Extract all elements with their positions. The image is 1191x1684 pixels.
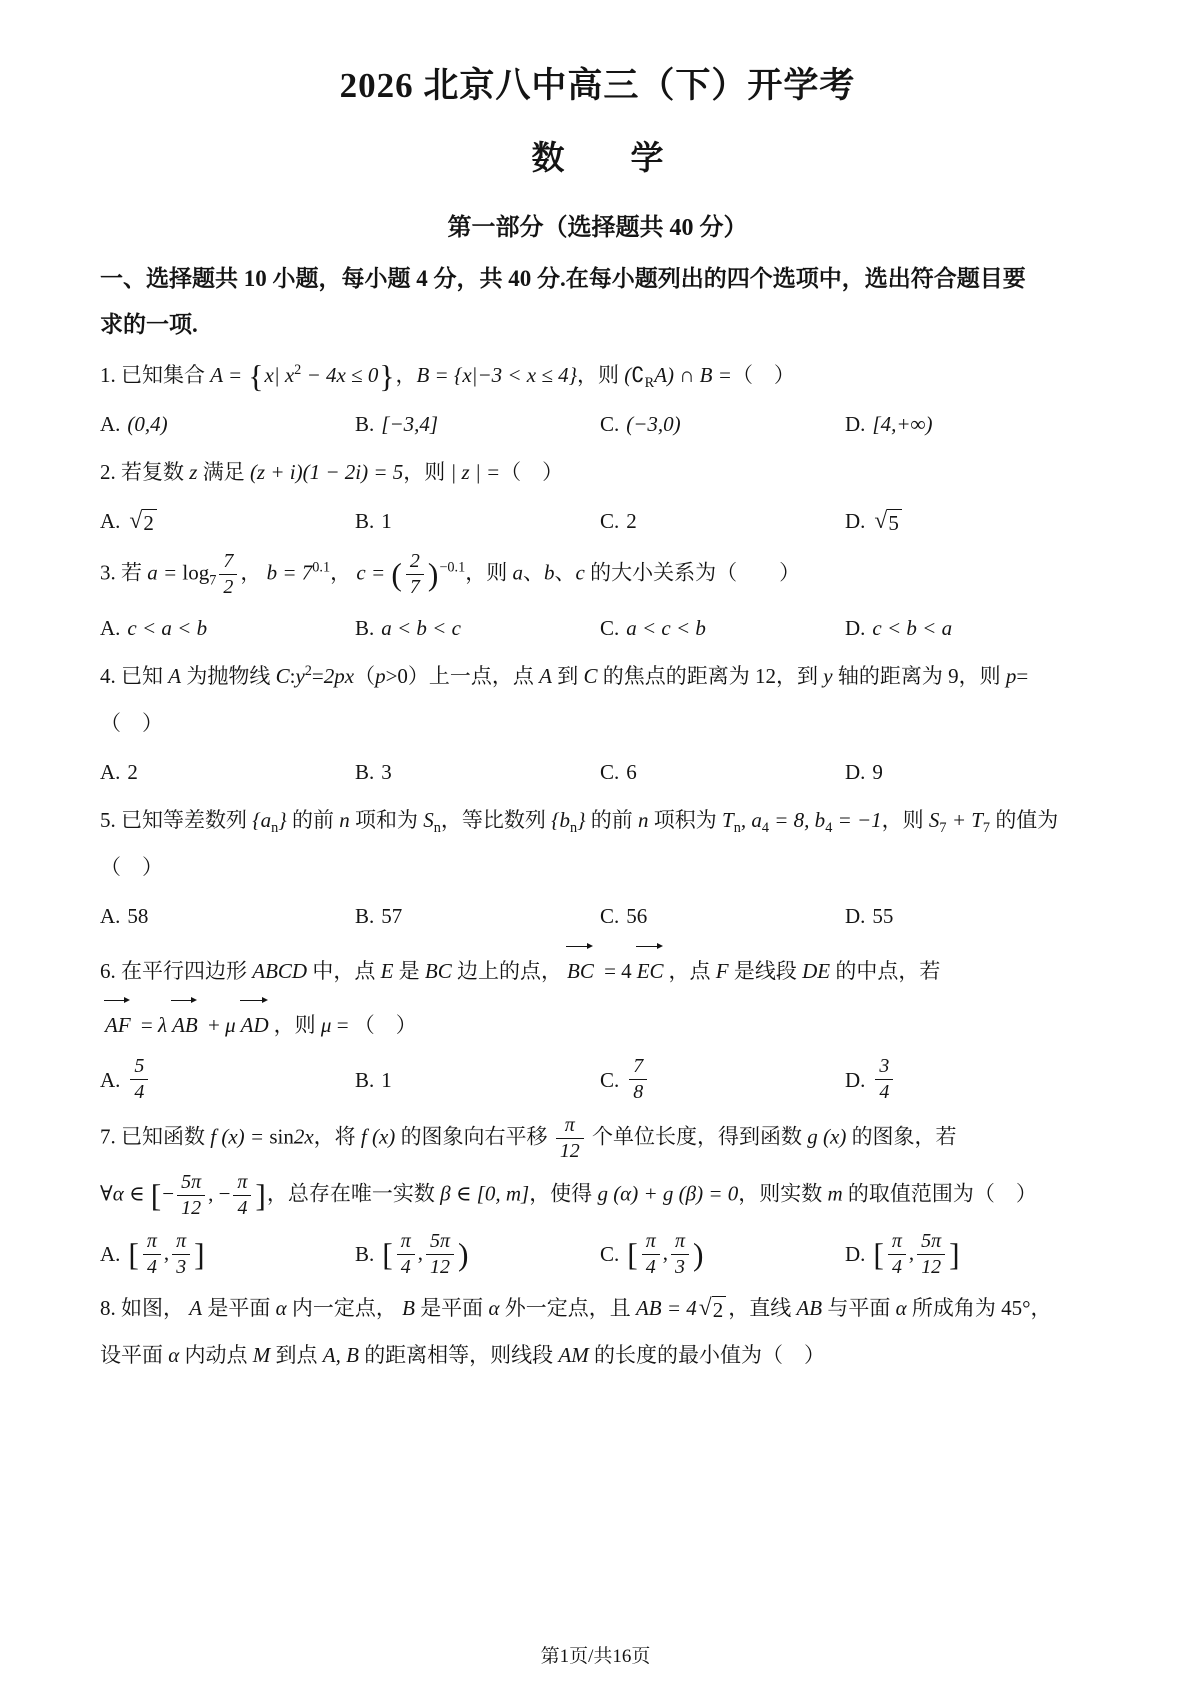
- delimiter: {: [248, 359, 263, 394]
- text-run: 5. 已知等差数列: [100, 808, 252, 832]
- option-3-a: A.c < a < b: [100, 607, 355, 649]
- option-value: 3: [381, 751, 392, 793]
- text-run: 的图象向右平移: [395, 1124, 553, 1148]
- math-roman-run: =: [312, 664, 324, 688]
- math-run: p: [375, 664, 386, 688]
- text-run: 内动点: [179, 1343, 253, 1367]
- fraction-denominator: 12: [177, 1196, 205, 1220]
- option-4-b: B.3: [355, 751, 600, 793]
- fraction-denominator: 8: [629, 1080, 647, 1104]
- option-7-c: C.[π4,π3): [600, 1228, 845, 1281]
- vector: AD: [239, 997, 271, 1047]
- question-4-options: A.2 B.3 C.6 D.9: [100, 751, 1095, 793]
- radicand: 2: [142, 509, 157, 536]
- question-7-text-line2: ∀α ∈ [−5π12, −π4]，总存在唯一实数 β ∈ [0, m]，使得 …: [100, 1169, 1095, 1222]
- math-run: α: [488, 1296, 499, 1320]
- text-run: 到: [552, 664, 584, 688]
- fraction-denominator: 4: [130, 1080, 148, 1104]
- option-label: C.: [600, 751, 619, 793]
- superscript: −0.1: [439, 559, 465, 575]
- text-run: 个单位长度，得到函数: [587, 1124, 808, 1148]
- math-roman-run: log: [182, 560, 209, 584]
- question-2-text: 2. 若复数 z 满足 (z + i)(1 − 2i) = 5，则 | z | …: [100, 451, 1095, 494]
- text-run: （ ）: [100, 855, 163, 879]
- option-label: C.: [600, 1059, 619, 1101]
- fraction: π4: [143, 1230, 161, 1279]
- math-run: n: [638, 808, 649, 832]
- math-run: T: [722, 808, 734, 832]
- math-run: a < b < c: [381, 616, 461, 640]
- option-5-c: C.56: [600, 895, 845, 937]
- option-4-a: A.2: [100, 751, 355, 793]
- question-1-text: 1. 已知集合 A = {x| x2 − 4x ≤ 0}，B = {x|−3 <…: [100, 354, 1095, 397]
- text-run: 是平面: [415, 1296, 489, 1320]
- math-run: c < a < b: [127, 616, 207, 640]
- option-label: A.: [100, 1059, 120, 1101]
- option-value: 55: [872, 895, 893, 937]
- math-roman-run: ∀: [100, 1181, 113, 1205]
- question-2: 2. 若复数 z 满足 (z + i)(1 − 2i) = 5，则 | z | …: [100, 451, 1095, 542]
- fraction-numerator: 5π: [917, 1230, 945, 1255]
- option-value: [π4,5π12): [381, 1228, 469, 1281]
- fraction: π4: [397, 1230, 415, 1279]
- fraction: 78: [629, 1055, 647, 1104]
- option-2-b: B.1: [355, 500, 600, 542]
- math-run: F: [716, 959, 729, 983]
- vector: BC: [565, 943, 596, 993]
- text-run: 内一定点，: [287, 1296, 403, 1320]
- math-roman-run: −: [162, 1181, 174, 1205]
- math-run: 2x: [294, 1124, 314, 1148]
- option-value: a < b < c: [381, 607, 461, 649]
- text-run: ，等比数列: [441, 808, 551, 832]
- text-run: 3. 若: [100, 560, 147, 584]
- math-run: }: [577, 808, 585, 832]
- math-roman-run: 58: [127, 904, 148, 928]
- math-run: , a: [741, 808, 762, 832]
- exam-page: 2026 北京八中高三（下）开学考 数 学 第一部分（选择题共 40 分） 一、…: [0, 0, 1191, 1377]
- option-value: [4,+∞): [872, 403, 932, 445]
- math-run: y: [295, 664, 304, 688]
- math-roman-run: 2: [127, 760, 138, 784]
- math-run: 2px: [324, 664, 354, 688]
- text-run: 1. 已知集合: [100, 363, 210, 387]
- delimiter: ): [428, 557, 439, 592]
- question-8: 8. 如图， A 是平面 α 内一定点， B 是平面 α 外一定点，且 AB =…: [100, 1287, 1095, 1377]
- fraction-numerator: π: [888, 1230, 906, 1255]
- fraction-numerator: 5π: [426, 1230, 454, 1255]
- option-value: (0,4): [127, 403, 167, 445]
- delimiter: [: [382, 1237, 393, 1272]
- fraction-denominator: 12: [917, 1255, 945, 1279]
- text-run: 设平面: [100, 1343, 168, 1367]
- math-roman-run: = 4: [599, 959, 632, 983]
- option-label: B.: [355, 895, 374, 937]
- fraction-denominator: 3: [671, 1255, 689, 1279]
- math-roman-run: ,: [909, 1240, 914, 1264]
- question-6-options: A.54 B.1 C.78 D.34: [100, 1053, 1095, 1106]
- option-label: A.: [100, 751, 120, 793]
- text-run: 外一定点，且: [499, 1296, 636, 1320]
- fraction: 5π12: [426, 1230, 454, 1279]
- delimiter: ): [693, 1237, 704, 1272]
- fraction-denominator: 4: [397, 1255, 415, 1279]
- math-run: (z + i)(1 − 2i) = 5: [250, 460, 403, 484]
- math-roman-run: 6: [626, 760, 637, 784]
- option-2-a: A.√2: [100, 500, 355, 542]
- question-6: 6. 在平行四边形 ABCD 中，点 E 是 BC 边上的点，BC = 4EC，…: [100, 943, 1095, 1106]
- fraction-numerator: 2: [406, 550, 424, 575]
- option-7-d: D.[π4,5π12]: [845, 1228, 1095, 1281]
- question-5-text: 5. 已知等差数列 {an} 的前 n 项和为 Sn，等比数列 {bn} 的前 …: [100, 799, 1095, 842]
- math-run: A: [539, 664, 552, 688]
- math-run: n: [339, 808, 350, 832]
- option-label: C.: [600, 1233, 619, 1275]
- question-6-text-line2: AF = λAB + μAD，则 μ = （ ）: [100, 997, 1095, 1047]
- option-label: B.: [355, 1059, 374, 1101]
- fraction: 5π12: [917, 1230, 945, 1279]
- question-7: 7. 已知函数 f (x) = sin2x，将 f (x) 的图象向右平移 π1…: [100, 1112, 1095, 1281]
- math-run: A) ∩ B =: [654, 363, 732, 387]
- option-label: C.: [600, 403, 619, 445]
- question-8-text-line2: 设平面 α 内动点 M 到点 A, B 的距离相等，则线段 AM 的长度的最小值…: [100, 1334, 1095, 1377]
- math-run: a: [513, 560, 524, 584]
- radical-sign-icon: √: [874, 509, 887, 534]
- math-roman-run: sin: [269, 1124, 294, 1148]
- option-4-d: D.9: [845, 751, 1095, 793]
- option-value: a < c < b: [626, 607, 706, 649]
- math-run: μ: [225, 1013, 236, 1037]
- text-run: ，则: [465, 560, 512, 584]
- delimiter: [: [151, 1178, 162, 1213]
- option-6-a: A.54: [100, 1053, 355, 1106]
- square-root: √2: [699, 1296, 726, 1323]
- text-run: ，则: [403, 460, 450, 484]
- question-8-text: 8. 如图， A 是平面 α 内一定点， B 是平面 α 外一定点，且 AB =…: [100, 1287, 1095, 1330]
- delimiter: ]: [194, 1237, 205, 1272]
- text-run: 的图象，若: [846, 1124, 956, 1148]
- option-1-a: A.(0,4): [100, 403, 355, 445]
- text-run: 是平面: [202, 1296, 276, 1320]
- math-run: S: [929, 808, 940, 832]
- delimiter: ): [458, 1237, 469, 1272]
- option-value: [−3,4]: [381, 403, 438, 445]
- question-7-text: 7. 已知函数 f (x) = sin2x，将 f (x) 的图象向右平移 π1…: [100, 1112, 1095, 1165]
- fraction-denominator: 12: [426, 1255, 454, 1279]
- option-value: 34: [872, 1053, 896, 1106]
- text-run: 项和为: [350, 808, 424, 832]
- math-roman-run: 9: [872, 760, 883, 784]
- option-1-d: D.[4,+∞): [845, 403, 1095, 445]
- fraction: π4: [233, 1171, 251, 1220]
- text-run: （: [354, 664, 375, 688]
- fraction-numerator: π: [671, 1230, 689, 1255]
- option-label: A.: [100, 1233, 120, 1275]
- text-run: 的长度的最小值为（ ）: [589, 1343, 825, 1367]
- math-run: = −1: [832, 808, 881, 832]
- text-run: 满足: [197, 460, 250, 484]
- text-run: 项积为: [649, 808, 723, 832]
- fraction-numerator: π: [233, 1171, 251, 1196]
- math-run: ABCD: [252, 959, 307, 983]
- option-label: D.: [845, 1059, 865, 1101]
- option-label: D.: [845, 1233, 865, 1275]
- math-run: c: [576, 560, 585, 584]
- option-7-b: B.[π4,5π12): [355, 1228, 600, 1281]
- text-run: ，: [240, 560, 266, 584]
- text-run: ，: [395, 363, 416, 387]
- option-label: B.: [355, 1233, 374, 1275]
- fraction-denominator: 4: [888, 1255, 906, 1279]
- part-one-heading: 第一部分（选择题共 40 分）: [100, 207, 1095, 242]
- text-run: 的前: [287, 808, 340, 832]
- math-run: S: [423, 808, 434, 832]
- superscript: 0.1: [312, 559, 330, 575]
- text-run: ，则: [274, 1013, 321, 1037]
- exam-title: 2026 北京八中高三（下）开学考: [100, 58, 1095, 108]
- text-run: ，总存在唯一实数: [267, 1181, 440, 1205]
- text-run: 、: [523, 560, 544, 584]
- fraction-numerator: π: [556, 1114, 584, 1139]
- option-3-b: B.a < b < c: [355, 607, 600, 649]
- fraction-denominator: 3: [172, 1255, 190, 1279]
- square-root: √5: [874, 509, 901, 536]
- math-roman-run: ,: [418, 1240, 423, 1264]
- math-run: C: [276, 664, 290, 688]
- option-label: A.: [100, 895, 120, 937]
- radicand: 2: [712, 1296, 727, 1323]
- fraction-denominator: 2: [219, 575, 237, 599]
- math-run: μ: [321, 1013, 332, 1037]
- text-run: ，将: [314, 1124, 361, 1148]
- option-3-d: D.c < b < a: [845, 607, 1095, 649]
- option-3-c: C.a < c < b: [600, 607, 845, 649]
- option-label: B.: [355, 500, 374, 542]
- text-run: 4. 已知: [100, 664, 168, 688]
- option-label: D.: [845, 607, 865, 649]
- question-7-options: A.[π4,π3] B.[π4,5π12) C.[π4,π3) D.[π4,5π…: [100, 1228, 1095, 1281]
- math-run: + T: [947, 808, 983, 832]
- superscript: 2: [305, 663, 312, 679]
- math-roman-run: 3: [381, 760, 392, 784]
- option-value: 54: [127, 1053, 151, 1106]
- fraction: π4: [888, 1230, 906, 1279]
- math-run: β ∈ [0, m]: [440, 1181, 529, 1205]
- math-run: A =: [210, 363, 247, 387]
- option-1-c: C.(−3,0): [600, 403, 845, 445]
- fraction: π12: [556, 1114, 584, 1163]
- math-roman-run: =: [1016, 664, 1028, 688]
- math-run: α ∈: [113, 1181, 150, 1205]
- text-run: 的取值范围为（ ）: [843, 1181, 1037, 1205]
- math-run: − 4x ≤ 0: [301, 363, 378, 387]
- math-roman-run: 57: [381, 904, 402, 928]
- math-run: c < b < a: [872, 616, 952, 640]
- option-value: (−3,0): [626, 403, 680, 445]
- vector: AB: [170, 997, 200, 1047]
- fraction: 34: [875, 1055, 893, 1104]
- vector: EC: [635, 943, 666, 993]
- math-run: {b: [551, 808, 570, 832]
- math-run: m: [827, 1181, 842, 1205]
- delimiter: [: [627, 1237, 638, 1272]
- question-2-options: A.√2 B.1 C.2 D.√5: [100, 500, 1095, 542]
- option-value: √2: [127, 500, 158, 542]
- math-run: | z | =: [451, 460, 501, 484]
- option-value: [π4,π3]: [127, 1228, 205, 1281]
- math-run: f (x): [361, 1124, 395, 1148]
- math-run: B = {x|−3 < x ≤ 4}: [416, 363, 577, 387]
- text-run: 是线段: [729, 959, 803, 983]
- math-run: C: [584, 664, 598, 688]
- math-roman-run: =: [136, 1013, 158, 1037]
- text-run: ，则实数: [738, 1181, 827, 1205]
- math-roman-run: 56: [626, 904, 647, 928]
- question-5: 5. 已知等差数列 {an} 的前 n 项和为 Sn，等比数列 {bn} 的前 …: [100, 799, 1095, 937]
- option-label: D.: [845, 751, 865, 793]
- text-run: ，使得: [529, 1181, 597, 1205]
- fraction-numerator: π: [642, 1230, 660, 1255]
- math-run: AB = 4: [636, 1296, 697, 1320]
- option-value: 56: [626, 895, 647, 937]
- subscript: n: [434, 820, 441, 836]
- subject-title: 数 学: [100, 132, 1095, 179]
- subscript: R: [645, 375, 655, 391]
- text-run: ，点: [669, 959, 716, 983]
- fraction-denominator: 4: [233, 1196, 251, 1220]
- delimiter: ]: [255, 1178, 266, 1213]
- text-run: 、: [555, 560, 576, 584]
- fraction-numerator: π: [397, 1230, 415, 1255]
- option-label: C.: [600, 895, 619, 937]
- text-run: 6. 在平行四边形: [100, 959, 252, 983]
- fraction: 5π12: [177, 1171, 205, 1220]
- text-run: 轴的距离为 9，则: [833, 664, 1006, 688]
- delimiter: (: [391, 557, 402, 592]
- text-run: 所成角为 45°，: [907, 1296, 1052, 1320]
- fraction: π4: [642, 1230, 660, 1279]
- math-run: BC: [425, 959, 452, 983]
- question-1: 1. 已知集合 A = {x| x2 − 4x ≤ 0}，B = {x|−3 <…: [100, 354, 1095, 445]
- option-label: C.: [600, 500, 619, 542]
- fraction-numerator: 7: [219, 550, 237, 575]
- question-4: 4. 已知 A 为抛物线 C:y2=2px（p>0）上一点，点 A 到 C 的焦…: [100, 655, 1095, 793]
- question-5-answer-blank: （ ）: [100, 846, 1095, 889]
- subscript: n: [734, 820, 741, 836]
- subscript: 7: [209, 573, 216, 589]
- subscript: 7: [939, 820, 946, 836]
- text-run: ）上一点，点: [408, 664, 539, 688]
- question-3: 3. 若 a = log772， b = 70.1， c = (27)−0.1，…: [100, 548, 1095, 649]
- fraction-numerator: 7: [629, 1055, 647, 1080]
- math-roman-run: 2: [626, 509, 637, 533]
- fraction: 72: [219, 550, 237, 599]
- math-roman-run: 55: [872, 904, 893, 928]
- radical-sign-icon: √: [699, 1296, 712, 1321]
- fraction-numerator: π: [172, 1230, 190, 1255]
- option-value: 1: [381, 500, 392, 542]
- delimiter: [: [128, 1237, 139, 1272]
- option-value: √5: [872, 500, 903, 542]
- text-run: （ ）: [354, 1013, 417, 1037]
- math-run: AB: [796, 1296, 822, 1320]
- text-run: 边上的点，: [452, 959, 562, 983]
- math-roman-run: >0: [386, 664, 408, 688]
- subscript: 7: [983, 820, 990, 836]
- radicand: 5: [887, 509, 902, 536]
- vector: AF: [103, 997, 133, 1047]
- option-1-b: B.[−3,4]: [355, 403, 600, 445]
- math-run: (−3,0): [626, 412, 680, 436]
- option-label: A.: [100, 607, 120, 649]
- text-run: 为抛物线: [181, 664, 276, 688]
- square-root: √2: [129, 509, 156, 536]
- math-roman-run: ∁: [631, 363, 644, 387]
- text-run: ，则: [577, 363, 624, 387]
- option-value: 9: [872, 751, 883, 793]
- math-run: }: [278, 808, 286, 832]
- text-run: （ ）: [100, 711, 163, 735]
- question-3-options: A.c < a < b B.a < b < c C.a < c < b D.c …: [100, 607, 1095, 649]
- math-roman-run: +: [203, 1013, 225, 1037]
- math-run: α: [168, 1343, 179, 1367]
- math-run: x| x: [265, 363, 295, 387]
- option-6-c: C.78: [600, 1053, 845, 1106]
- math-run: g (x): [807, 1124, 846, 1148]
- option-label: B.: [355, 403, 374, 445]
- text-run: （ ）: [732, 363, 795, 387]
- text-run: 的值为: [990, 808, 1058, 832]
- text-run: ，则: [882, 808, 929, 832]
- math-run: f (x) =: [210, 1124, 269, 1148]
- option-6-d: D.34: [845, 1053, 1095, 1106]
- text-run: 的前: [586, 808, 639, 832]
- math-run: α: [276, 1296, 287, 1320]
- fraction-denominator: 4: [875, 1080, 893, 1104]
- math-run: M: [253, 1343, 271, 1367]
- math-run: [−3,4]: [381, 412, 438, 436]
- delimiter: }: [379, 359, 394, 394]
- option-2-c: C.2: [600, 500, 845, 542]
- option-value: c < b < a: [872, 607, 952, 649]
- option-5-d: D.55: [845, 895, 1095, 937]
- option-value: 57: [381, 895, 402, 937]
- math-run: A: [189, 1296, 202, 1320]
- option-value: 78: [626, 1053, 650, 1106]
- fraction-numerator: π: [143, 1230, 161, 1255]
- fraction: π3: [172, 1230, 190, 1279]
- math-run: a =: [147, 560, 182, 584]
- math-run: {a: [252, 808, 271, 832]
- math-run: B: [402, 1296, 415, 1320]
- option-label: A.: [100, 403, 120, 445]
- math-run: A: [168, 664, 181, 688]
- text-run: 到点: [270, 1343, 323, 1367]
- math-run: b = 7: [267, 560, 313, 584]
- text-run: 的大小关系为（ ）: [585, 560, 800, 584]
- math-run: λ: [158, 1013, 167, 1037]
- text-run: （ ）: [500, 460, 563, 484]
- fraction-denominator: 4: [642, 1255, 660, 1279]
- option-label: D.: [845, 500, 865, 542]
- math-run: p: [1006, 664, 1017, 688]
- option-value: c < a < b: [127, 607, 207, 649]
- text-run: 的焦点的距离为 12，到: [598, 664, 824, 688]
- page-number: 第1页/共16页: [0, 1641, 1191, 1668]
- radical-sign-icon: √: [129, 509, 142, 534]
- math-run: c =: [356, 560, 390, 584]
- text-run: 的中点，若: [830, 959, 940, 983]
